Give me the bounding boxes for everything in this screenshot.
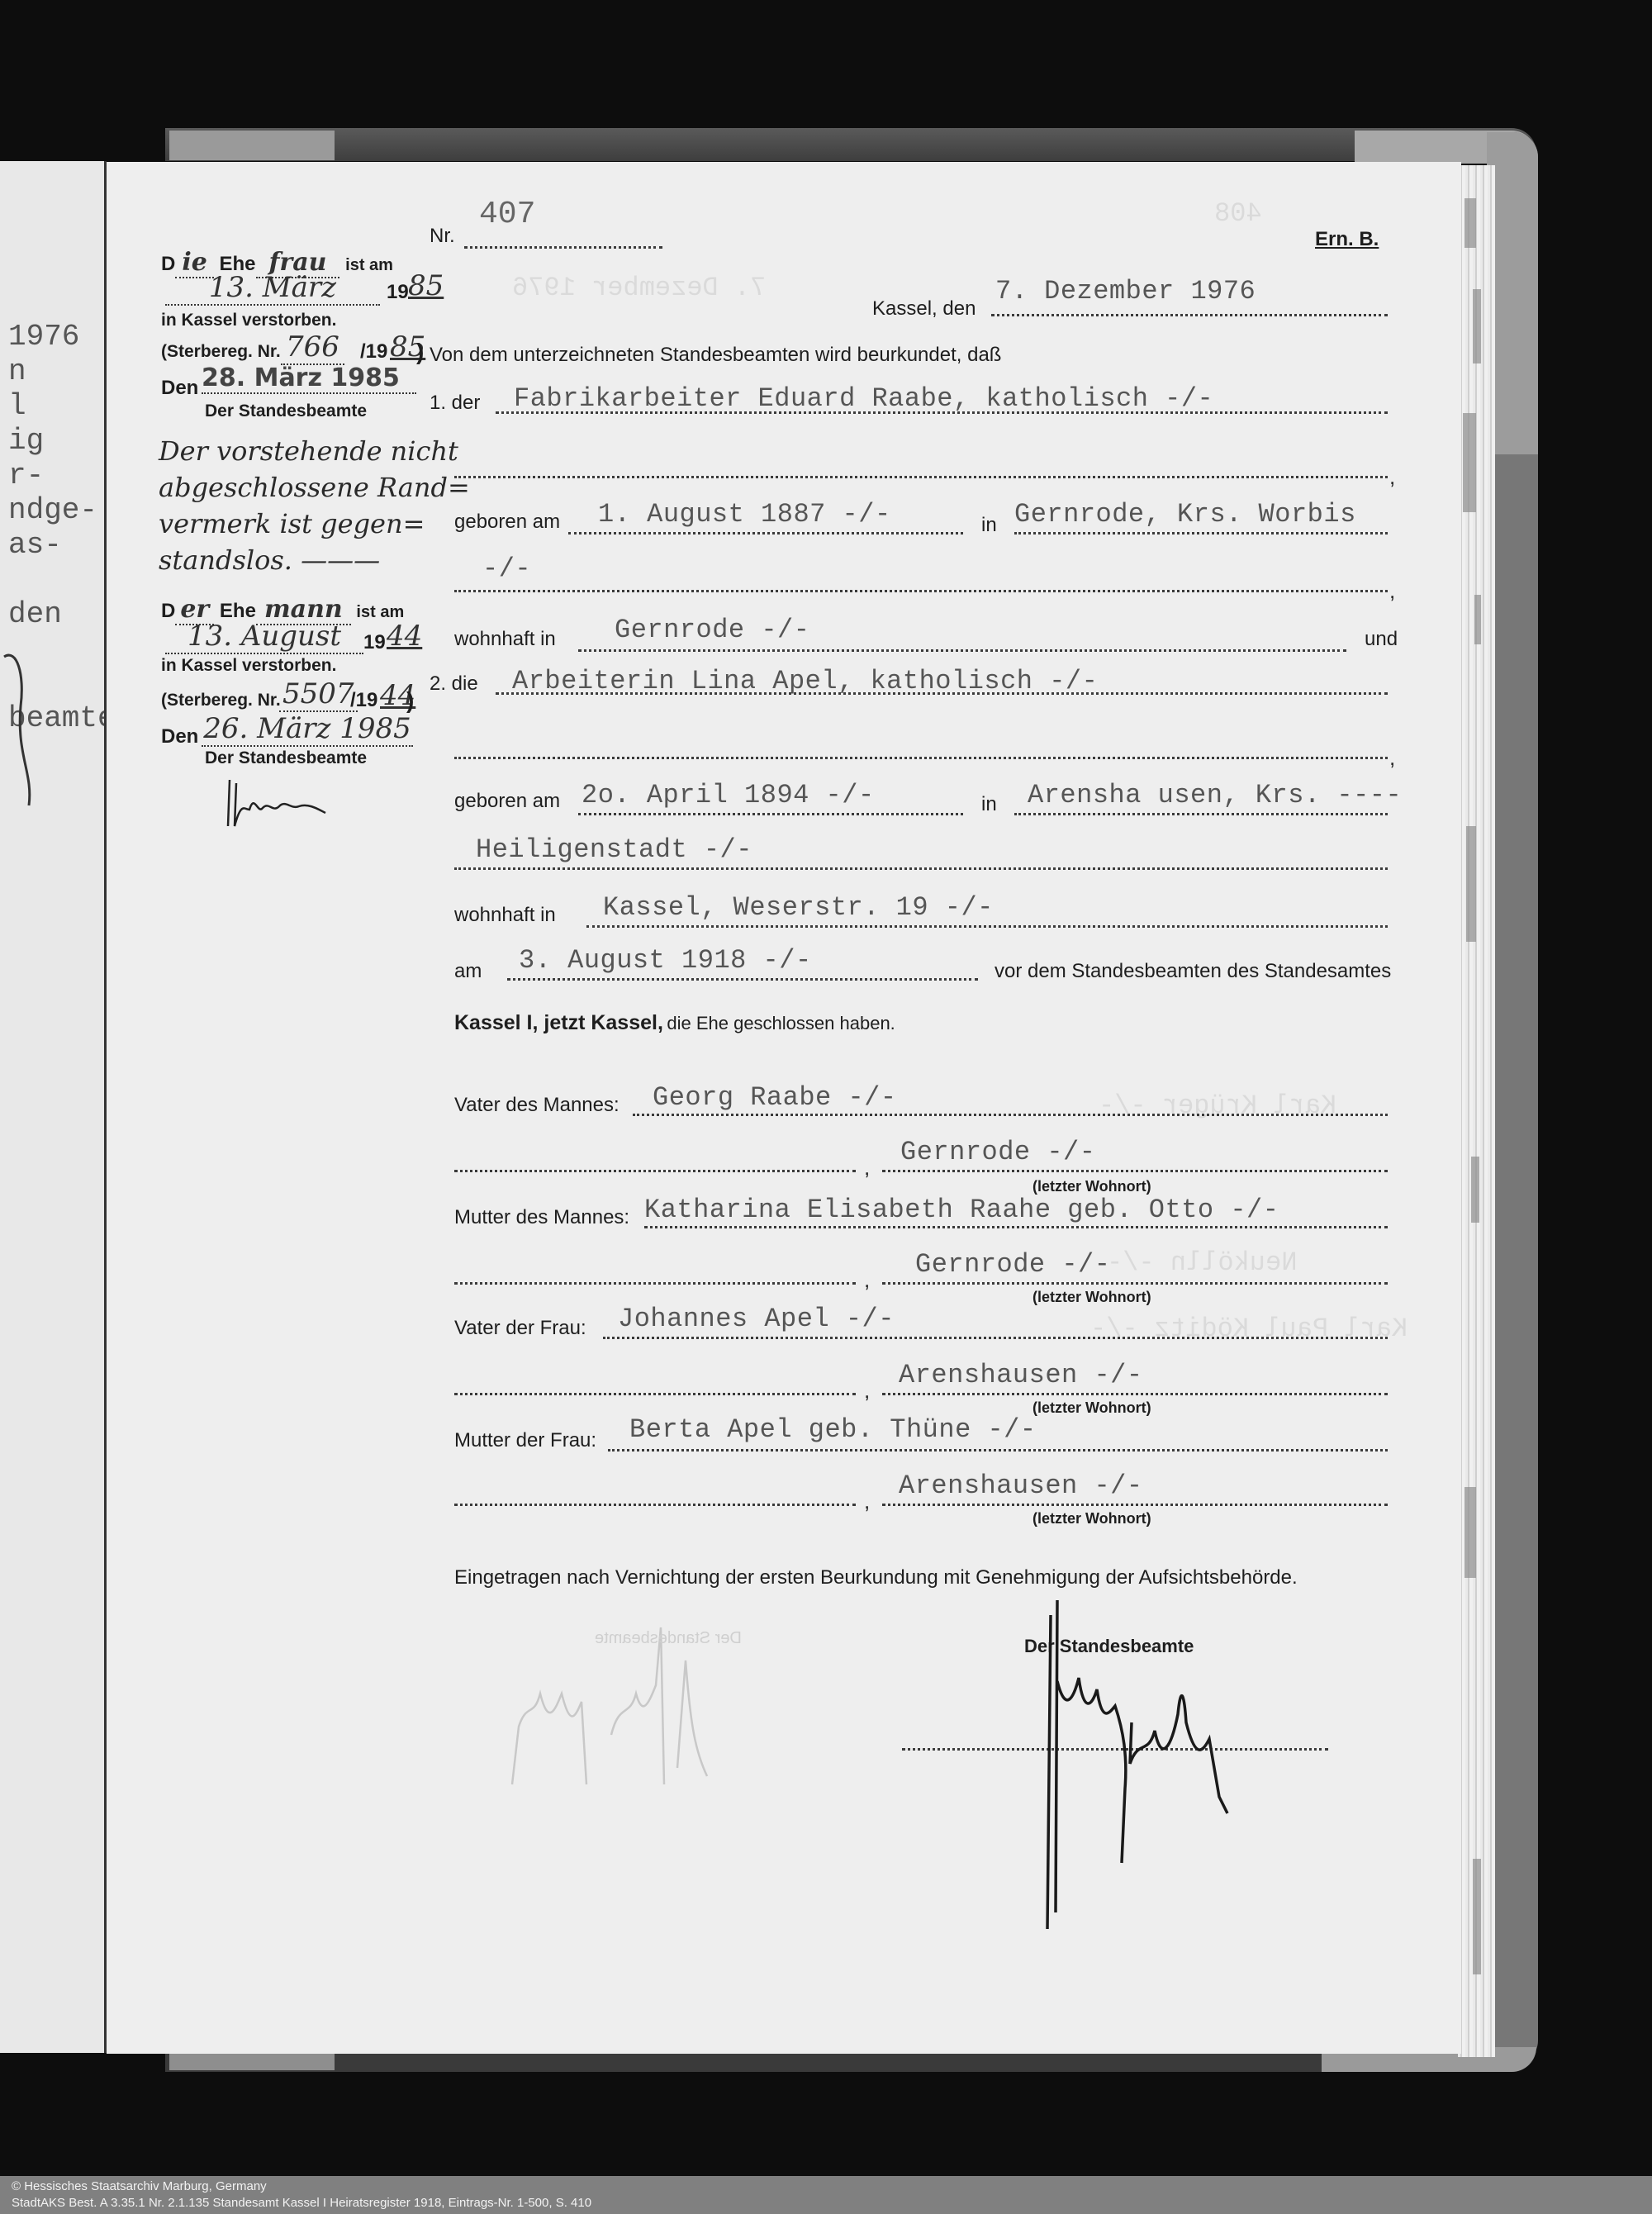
- wife-death-date: 13. März: [165, 271, 380, 306]
- wife-mother-line-2: [454, 1504, 856, 1506]
- wife-father-name: Johannes Apel -/-: [618, 1304, 895, 1334]
- left-page-fragment: 1976 n l ig r- ndge- as- den beamte: [0, 161, 106, 2053]
- wife-mother-residence-line: [882, 1504, 1388, 1506]
- archive-citation: StadtAKS Best. A 3.35.1 Nr. 2.1.135 Stan…: [12, 2196, 591, 2210]
- husband-father-residence: Gernrode -/-: [900, 1137, 1095, 1167]
- wife-mother-name: Berta Apel geb. Thüne -/-: [629, 1414, 1037, 1445]
- wife-mother-residence: Arenshausen -/-: [899, 1470, 1143, 1501]
- husband-father-residence-line: [882, 1170, 1388, 1172]
- marriage-office: Kassel I, jetzt Kassel,: [454, 1011, 663, 1034]
- margin-signature: [223, 777, 330, 843]
- book-cover-corner-left: [169, 131, 335, 160]
- wife-father-label: Vater der Frau:: [454, 1317, 586, 1340]
- husband-birth-date: 1. August 1887 -/-: [598, 499, 891, 530]
- entry-number: 407: [479, 197, 535, 232]
- last-residence-caption: (letzter Wohnort): [1032, 1399, 1151, 1417]
- archive-footer-bar: © Hessisches Staatsarchiv Marburg, Germa…: [0, 2176, 1652, 2214]
- husband-death-year: 44: [387, 620, 422, 653]
- book-cover-top: [165, 128, 1536, 161]
- place-date-line: [991, 314, 1388, 316]
- bleed-through-text: Karl Paul Köditz -/-: [1090, 1314, 1408, 1344]
- wife-father-residence: Arenshausen -/-: [899, 1360, 1143, 1390]
- wife-birth-place: Arensha usen, Krs. ----: [1028, 780, 1402, 810]
- comma: ,: [1389, 745, 1395, 771]
- wife-in-label: in: [981, 793, 997, 816]
- comma: ,: [864, 1378, 870, 1404]
- husband-born-label: geboren am: [454, 511, 560, 534]
- husband-death-year-prefix: 19: [363, 631, 386, 654]
- ern-label: Ern. B.: [1315, 228, 1379, 251]
- husband-in-label: in: [981, 514, 997, 537]
- wife-reg-number: 766: [281, 330, 344, 365]
- husband-birth-date-line: [568, 532, 963, 534]
- place-date: 7. Dezember 1976: [995, 276, 1256, 306]
- wife-den-label: Den: [161, 377, 198, 400]
- husband-reg-number: 5507: [279, 677, 358, 712]
- wife-birth-place-line: [1014, 813, 1388, 815]
- and-label: und: [1365, 628, 1398, 651]
- official-signature: [1032, 1599, 1313, 1946]
- husband-mother-residence: Gernrode -/-: [915, 1249, 1110, 1280]
- wife-residence-line: [586, 925, 1388, 928]
- husband-description: Fabrikarbeiter Eduard Raabe, katholisch …: [514, 383, 1213, 414]
- husband-residence-line: [578, 649, 1346, 652]
- husband-mother-name: Katharina Elisabeth Raahe geb. Otto -/-: [644, 1195, 1279, 1225]
- archive-copyright: © Hessisches Staatsarchiv Marburg, Germa…: [12, 2179, 267, 2193]
- husband-father-line: [633, 1114, 1388, 1116]
- comma: ,: [1389, 578, 1395, 604]
- husband-residence-label: wohnhaft in: [454, 628, 556, 651]
- husband-birth-place-cont: -/-: [482, 553, 531, 584]
- husband-mother-line: [644, 1226, 1388, 1228]
- husband-birth-place-line-2: [454, 590, 1388, 592]
- wife-birth-place-cont: Heiligenstadt -/-: [476, 834, 752, 865]
- wife-birth-date-line: [578, 813, 963, 815]
- marriage-closing: die Ehe geschlossen haben.: [667, 1013, 895, 1033]
- entry-number-line: [464, 246, 662, 249]
- wife-mother-label: Mutter der Frau:: [454, 1429, 596, 1452]
- last-residence-caption: (letzter Wohnort): [1032, 1178, 1151, 1195]
- husband-reg-label: (Sterbereg. Nr.: [161, 691, 281, 710]
- footer-note: Eingetragen nach Vernichtung der ersten …: [454, 1566, 1298, 1589]
- husband-residence: Gernrode -/-: [615, 615, 809, 645]
- husband-mother-label: Mutter des Mannes:: [454, 1206, 629, 1229]
- husband-mother-residence-line: [882, 1282, 1388, 1285]
- entry-number-label: Nr.: [430, 225, 455, 248]
- husband-den-label: Den: [161, 725, 198, 748]
- husband-birth-place-line: [1014, 532, 1388, 534]
- wife-reg-close: ): [416, 339, 424, 365]
- bleed-through-text: Karl Krüger -/-: [1099, 1090, 1336, 1121]
- husband-death-place: in Kassel verstorben.: [161, 656, 336, 676]
- husband-official: Der Standesbeamte: [205, 748, 367, 768]
- left-page-signature: [0, 640, 99, 987]
- husband-description-line-2: [454, 476, 1388, 478]
- last-residence-caption: (letzter Wohnort): [1032, 1289, 1151, 1306]
- wife-death-place: in Kassel verstorben.: [161, 311, 336, 330]
- bleed-through-text: Neukölln -/-: [1107, 1247, 1297, 1278]
- wife-description-line-2: [454, 757, 1388, 759]
- wife-mother-line: [608, 1449, 1388, 1451]
- husband-death-date: 13. August: [165, 620, 363, 654]
- marriage-date-line: [507, 978, 978, 981]
- husband-num-label: 1. der: [430, 392, 480, 415]
- husband-father-line-2: [454, 1170, 856, 1172]
- wife-father-residence-line: [882, 1393, 1388, 1395]
- marriage-before-label: vor dem Standesbeamten des Standesamtes: [995, 960, 1391, 983]
- bleed-through-text: Der Standesbeamte: [595, 1629, 742, 1648]
- wife-residence-label: wohnhaft in: [454, 904, 556, 927]
- husband-father-name: Georg Raabe -/-: [653, 1082, 897, 1113]
- page-edges: [1458, 165, 1495, 2057]
- comma: ,: [1389, 464, 1395, 490]
- bleed-through-number: 408: [1214, 198, 1262, 229]
- husband-den-date: 26. März 1985: [202, 712, 413, 747]
- last-residence-caption: (letzter Wohnort): [1032, 1510, 1151, 1527]
- place-date-label: Kassel, den: [872, 297, 976, 321]
- wife-official: Der Standesbeamte: [205, 401, 367, 421]
- bleed-through-text: 7. Dezember 1976: [512, 273, 766, 303]
- wife-birth-place-line-2: [454, 867, 1388, 870]
- husband-reg-sep: /19: [350, 689, 377, 712]
- wife-description: Arbeiterin Lina Apel, katholisch -/-: [512, 666, 1098, 696]
- wife-residence: Kassel, Weserstr. 19 -/-: [603, 892, 994, 923]
- husband-father-label: Vater des Mannes:: [454, 1094, 619, 1117]
- wife-reg-sep: /19: [360, 340, 387, 363]
- wife-death-year: 85: [408, 269, 444, 302]
- handwritten-margin-note: Der vorstehende nicht abgeschlossene Ran…: [159, 433, 470, 578]
- husband-reg-close: ): [406, 687, 414, 714]
- wife-birth-date: 2o. April 1894 -/-: [582, 780, 875, 810]
- husband-mother-line-2: [454, 1282, 856, 1285]
- wife-born-label: geboren am: [454, 790, 560, 813]
- marriage-office-line: Kassel I, jetzt Kassel, die Ehe geschlos…: [454, 1011, 895, 1035]
- wife-death-year-prefix: 19: [387, 281, 409, 304]
- wife-num-label: 2. die: [430, 672, 478, 696]
- intro-text: Von dem unterzeichneten Standesbeamten w…: [430, 344, 1001, 367]
- marriage-date: 3. August 1918 -/-: [519, 945, 812, 976]
- wife-father-line: [603, 1337, 1388, 1339]
- wife-father-line-2: [454, 1393, 856, 1395]
- wife-reg-label: (Sterbereg. Nr.: [161, 342, 281, 362]
- comma: ,: [864, 1267, 870, 1293]
- comma: ,: [864, 1155, 870, 1181]
- husband-birth-place: Gernrode, Krs. Worbis: [1014, 499, 1356, 530]
- comma: ,: [864, 1489, 870, 1514]
- marriage-am-label: am: [454, 960, 482, 983]
- wife-den-date-stamp: 28. März 1985: [202, 363, 416, 394]
